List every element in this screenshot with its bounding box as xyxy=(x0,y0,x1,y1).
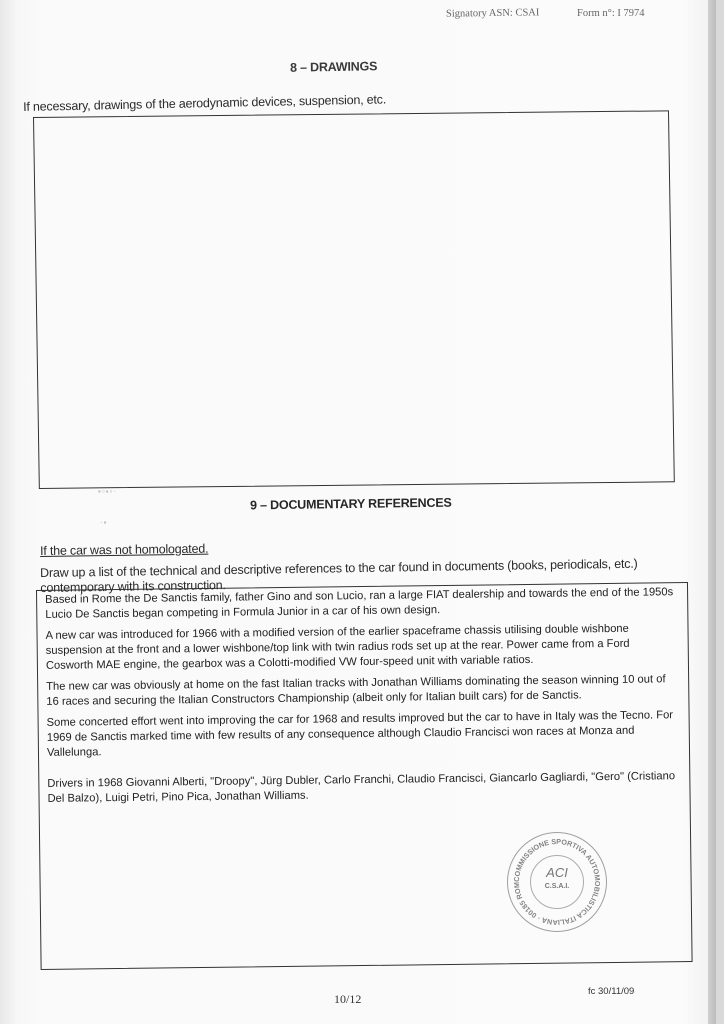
section-8-title: 8 – DRAWINGS xyxy=(290,59,377,75)
section-9-title: 9 – DOCUMENTARY REFERENCES xyxy=(250,496,452,513)
signatory-label: Signatory ASN: CSAI xyxy=(446,7,540,19)
stamp-csai: C.S.A.I. xyxy=(508,883,606,890)
stamp-inner-circle xyxy=(530,855,584,909)
scan-smudge: ▪▫▪▫· xyxy=(98,487,117,496)
drawings-instruction: If necessary, drawings of the aerodynami… xyxy=(23,92,386,114)
form-code: fc 30/11/09 xyxy=(588,986,634,997)
references-text: Based in Rome the De Sanctis family, fat… xyxy=(45,585,680,813)
drawings-box xyxy=(33,110,675,489)
drivers-list: Drivers in 1968 Giovanni Alberti, "Droop… xyxy=(47,769,679,807)
stamp-aci: ACI xyxy=(508,865,606,880)
csai-stamp: COMMISSIONE SPORTIVA AUTOMOBILISTICA ITA… xyxy=(507,832,607,932)
reference-paragraph: A new car was introduced for 1966 with a… xyxy=(45,621,678,674)
reference-paragraph: Based in Rome the De Sanctis family, fat… xyxy=(45,585,677,623)
document-page: Signatory ASN: CSAI Form n°: I 7974 8 – … xyxy=(0,0,716,1024)
scan-smudge: ·▪ xyxy=(100,518,108,527)
form-number: Form n°: I 7974 xyxy=(577,8,645,19)
reference-paragraph: Some concerted effort went into improvin… xyxy=(47,708,680,761)
reference-paragraph: The new car was obviously at home on the… xyxy=(46,672,678,710)
scan-edge xyxy=(708,0,716,1024)
page-number: 10/12 xyxy=(334,992,361,1007)
homologation-condition: If the car was not homologated. xyxy=(40,542,208,558)
